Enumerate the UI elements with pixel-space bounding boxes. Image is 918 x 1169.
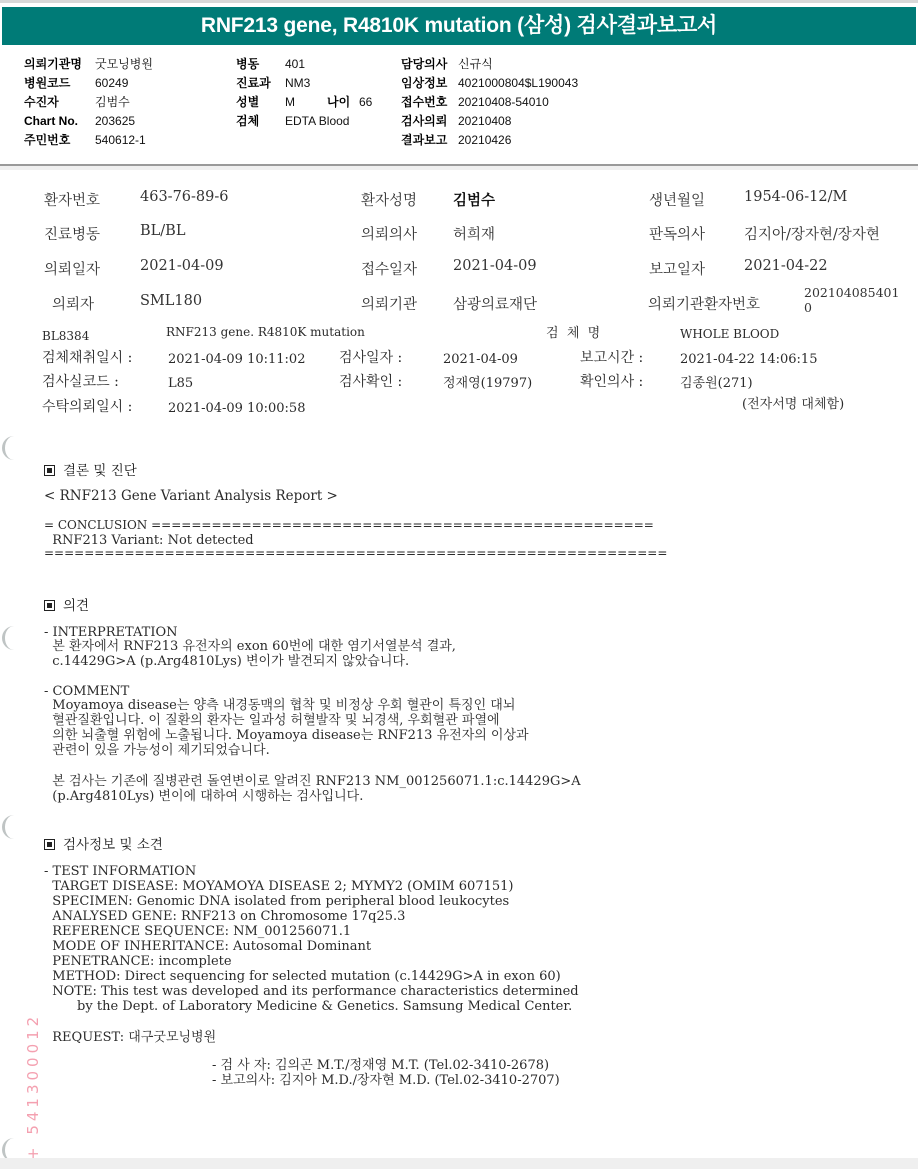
section-conclusion-heading: 결론 및 진단	[44, 459, 137, 479]
section-testinfo-heading: 검사정보 및 소견	[44, 833, 163, 853]
section-square-icon	[44, 839, 55, 850]
label-ward-dept: 진료병동	[44, 223, 100, 244]
label-sex: 성별	[236, 93, 285, 112]
value-confirm-doctor: 김종원(271)	[680, 376, 753, 391]
value-result-date: 20210426	[458, 131, 511, 150]
label-hospital-code: 병원코드	[24, 74, 95, 93]
label-department: 진료과	[236, 74, 285, 93]
test-code: BL8384	[42, 329, 89, 344]
label-birthdate: 생년월일	[649, 189, 705, 210]
value-requester: SML180	[140, 293, 202, 309]
label-institution-patient-no: 의뢰기관환자번호	[648, 293, 760, 314]
report-heading: < RNF213 Gene Variant Analysis Report >	[44, 489, 338, 504]
label-age: 나이	[327, 93, 359, 112]
comment-line: 혈관질환입니다. 이 질환의 환자는 일과성 허혈발작 및 뇌경색, 우회혈관 …	[44, 713, 500, 728]
value-department: NM3	[285, 74, 310, 93]
comment-line: 의한 뇌출혈 위험에 노출됩니다. Moyamoya disease는 RNF2…	[44, 728, 529, 743]
value-institution: 굿모닝병원	[95, 55, 153, 74]
value-receipt-date: 2021-04-09	[453, 258, 537, 274]
esign-note: (전자서명 대체함)	[742, 397, 844, 412]
value-sex: M	[285, 93, 327, 112]
testinfo-line: SPECIMEN: Genomic DNA isolated from peri…	[44, 894, 509, 909]
value-referring-doctor: 허희재	[453, 223, 495, 244]
label-consign-time: 수탁의뢰일시 :	[42, 400, 132, 415]
label-patient-name: 환자성명	[361, 189, 417, 210]
interpretation-line: c.14429G>A (p.Arg4810Lys) 변이가 발견되지 않았습니다…	[44, 654, 409, 669]
section-testinfo-title: 검사정보 및 소견	[63, 837, 163, 853]
value-request-date: 20210408	[458, 112, 511, 131]
punch-hole-mark	[2, 815, 19, 839]
label-report-time: 보고시간 :	[580, 351, 643, 366]
testinfo-line: NOTE: This test was developed and its pe…	[44, 984, 579, 999]
request-line: REQUEST: 대구굿모닝병원	[44, 1030, 216, 1045]
testinfo-heading: - TEST INFORMATION	[44, 864, 196, 879]
header-info-col1: 의뢰기관명굿모닝병원 병원코드60249 수진자김범수 Chart No.203…	[24, 55, 153, 150]
label-requester: 의뢰자	[52, 293, 94, 314]
value-hospital-code: 60249	[95, 74, 128, 93]
report-title-bar: RNF213 gene, R4810K mutation (삼성) 검사결과보고…	[2, 7, 916, 45]
label-specimen: 검체	[236, 112, 285, 131]
label-confirm-doctor: 확인의사 :	[580, 375, 643, 390]
comment-line: 본 검사는 기존에 질병관련 돌연변이로 알려진 RNF213 NM_00125…	[44, 774, 581, 789]
label-referral-date: 의뢰일자	[44, 258, 100, 279]
value-collect-time: 2021-04-09 10:11:02	[168, 352, 305, 367]
header-info-col2: 병동401 진료과NM3 성별M나이66 검체EDTA Blood	[236, 55, 372, 131]
label-collect-time: 검체채취일시 :	[42, 351, 132, 366]
value-patient: 김범수	[95, 93, 130, 112]
window-top-border	[0, 0, 918, 3]
section-opinion-heading: 의견	[44, 594, 89, 614]
value-report-time: 2021-04-22 14:06:15	[680, 352, 817, 367]
testinfo-line: MODE OF INHERITANCE: Autosomal Dominant	[44, 939, 371, 954]
label-clinical-info: 임상정보	[401, 74, 458, 93]
testinfo-line: by the Dept. of Laboratory Medicine & Ge…	[44, 999, 572, 1014]
label-lab-code: 검사실코드 :	[42, 375, 119, 390]
reporter-line: - 보고의사: 김지아 M.D./장자현 M.D. (Tel.02-3410-2…	[212, 1073, 560, 1088]
label-institution: 의뢰기관명	[24, 55, 95, 74]
value-referral-date: 2021-04-09	[140, 258, 224, 274]
label-attending: 담당의사	[401, 55, 458, 74]
value-resident-no: 540612-1	[95, 131, 146, 150]
value-attending: 신규식	[458, 55, 493, 74]
label-patient-no: 환자번호	[44, 189, 100, 210]
label-test-date: 검사일자 :	[339, 351, 402, 366]
label-request-date: 검사의뢰	[401, 112, 458, 131]
value-specimen-name: WHOLE BLOOD	[680, 327, 779, 342]
section-square-icon	[44, 600, 55, 611]
value-chart-no: 203625	[95, 112, 135, 131]
value-institution-patient-no-line2: 0	[804, 300, 899, 315]
interpretation-heading: - INTERPRETATION	[44, 625, 178, 640]
value-ward: 401	[285, 55, 305, 74]
comment-line: (p.Arg4810Lys) 변이에 대하여 시행하는 검사입니다.	[44, 789, 363, 804]
value-receipt-no: 20210408-54010	[458, 93, 549, 112]
section-opinion-title: 의견	[63, 598, 89, 614]
value-patient-name: 김범수	[453, 189, 495, 210]
label-receipt-no: 접수번호	[401, 93, 458, 112]
punch-hole-mark	[2, 436, 19, 460]
value-institution-patient-no: 202104085401 0	[804, 285, 899, 315]
value-institution-patient-no-line1: 202104085401	[804, 285, 899, 300]
value-report-date: 2021-04-22	[744, 258, 828, 274]
interpretation-line: 본 환자에서 RNF213 유전자의 exon 60번에 대한 염기서열분석 결…	[44, 639, 456, 654]
label-report-date: 보고일자	[649, 258, 705, 279]
value-birthdate: 1954-06-12/M	[744, 189, 847, 205]
header-info-col3: 담당의사신규식 임상정보4021000804$L190043 접수번호20210…	[401, 55, 578, 150]
label-referring-institution: 의뢰기관	[361, 293, 417, 314]
footer-bar	[0, 1158, 918, 1169]
value-ward-dept: BL/BL	[140, 223, 185, 239]
test-name: RNF213 gene. R4810K mutation	[166, 325, 365, 340]
value-age: 66	[359, 93, 372, 112]
value-clinical-info: 4021000804$L190043	[458, 74, 578, 93]
tester-line: - 검 사 자: 김의곤 M.T./정재영 M.T. (Tel.02-3410-…	[212, 1058, 549, 1073]
side-stamp-number: + 541300012	[24, 1013, 42, 1160]
label-result-date: 결과보고	[401, 131, 458, 150]
testinfo-line: TARGET DISEASE: MOYAMOYA DISEASE 2; MYMY…	[44, 879, 513, 894]
label-chart-no: Chart No.	[24, 112, 95, 131]
section-square-icon	[44, 465, 55, 476]
label-ward: 병동	[236, 55, 285, 74]
value-specimen: EDTA Blood	[285, 112, 349, 131]
value-lab-code: L85	[168, 376, 193, 391]
testinfo-line: REFERENCE SEQUENCE: NM_001256071.1	[44, 924, 351, 939]
value-test-confirm: 정재영(19797)	[443, 376, 532, 391]
comment-line: 관련이 있을 가능성이 제기되었습니다.	[44, 743, 270, 758]
testinfo-line: ANALYSED GENE: RNF213 on Chromosome 17q2…	[44, 909, 405, 924]
comment-line: Moyamoya disease는 양측 내경동맥의 협착 및 비정상 우회 혈…	[44, 698, 515, 713]
conclusion-line1: = CONCLUSION ===========================…	[44, 519, 654, 532]
section-conclusion-title: 결론 및 진단	[63, 463, 137, 479]
label-specimen-name: 검 체 명	[546, 326, 600, 341]
label-reading-doctor: 판독의사	[649, 223, 705, 244]
value-test-date: 2021-04-09	[443, 352, 518, 367]
value-referring-institution: 삼광의료재단	[453, 293, 537, 314]
punch-hole-mark	[2, 626, 19, 650]
report-title: RNF213 gene, R4810K mutation (삼성) 검사결과보고…	[201, 14, 717, 37]
testinfo-line: METHOD: Direct sequencing for selected m…	[44, 969, 561, 984]
value-reading-doctor: 김지아/장자현/장자현	[744, 223, 880, 244]
label-referring-doctor: 의뢰의사	[361, 223, 417, 244]
value-consign-time: 2021-04-09 10:00:58	[168, 401, 305, 416]
label-receipt-date: 접수일자	[361, 258, 417, 279]
comment-heading: - COMMENT	[44, 684, 129, 699]
label-patient: 수진자	[24, 93, 95, 112]
conclusion-line3: ========================================…	[44, 547, 667, 560]
label-resident-no: 주민번호	[24, 131, 95, 150]
label-test-confirm: 검사확인 :	[339, 375, 402, 390]
testinfo-line: PENETRANCE: incomplete	[44, 954, 232, 969]
value-patient-no: 463-76-89-6	[140, 189, 229, 205]
